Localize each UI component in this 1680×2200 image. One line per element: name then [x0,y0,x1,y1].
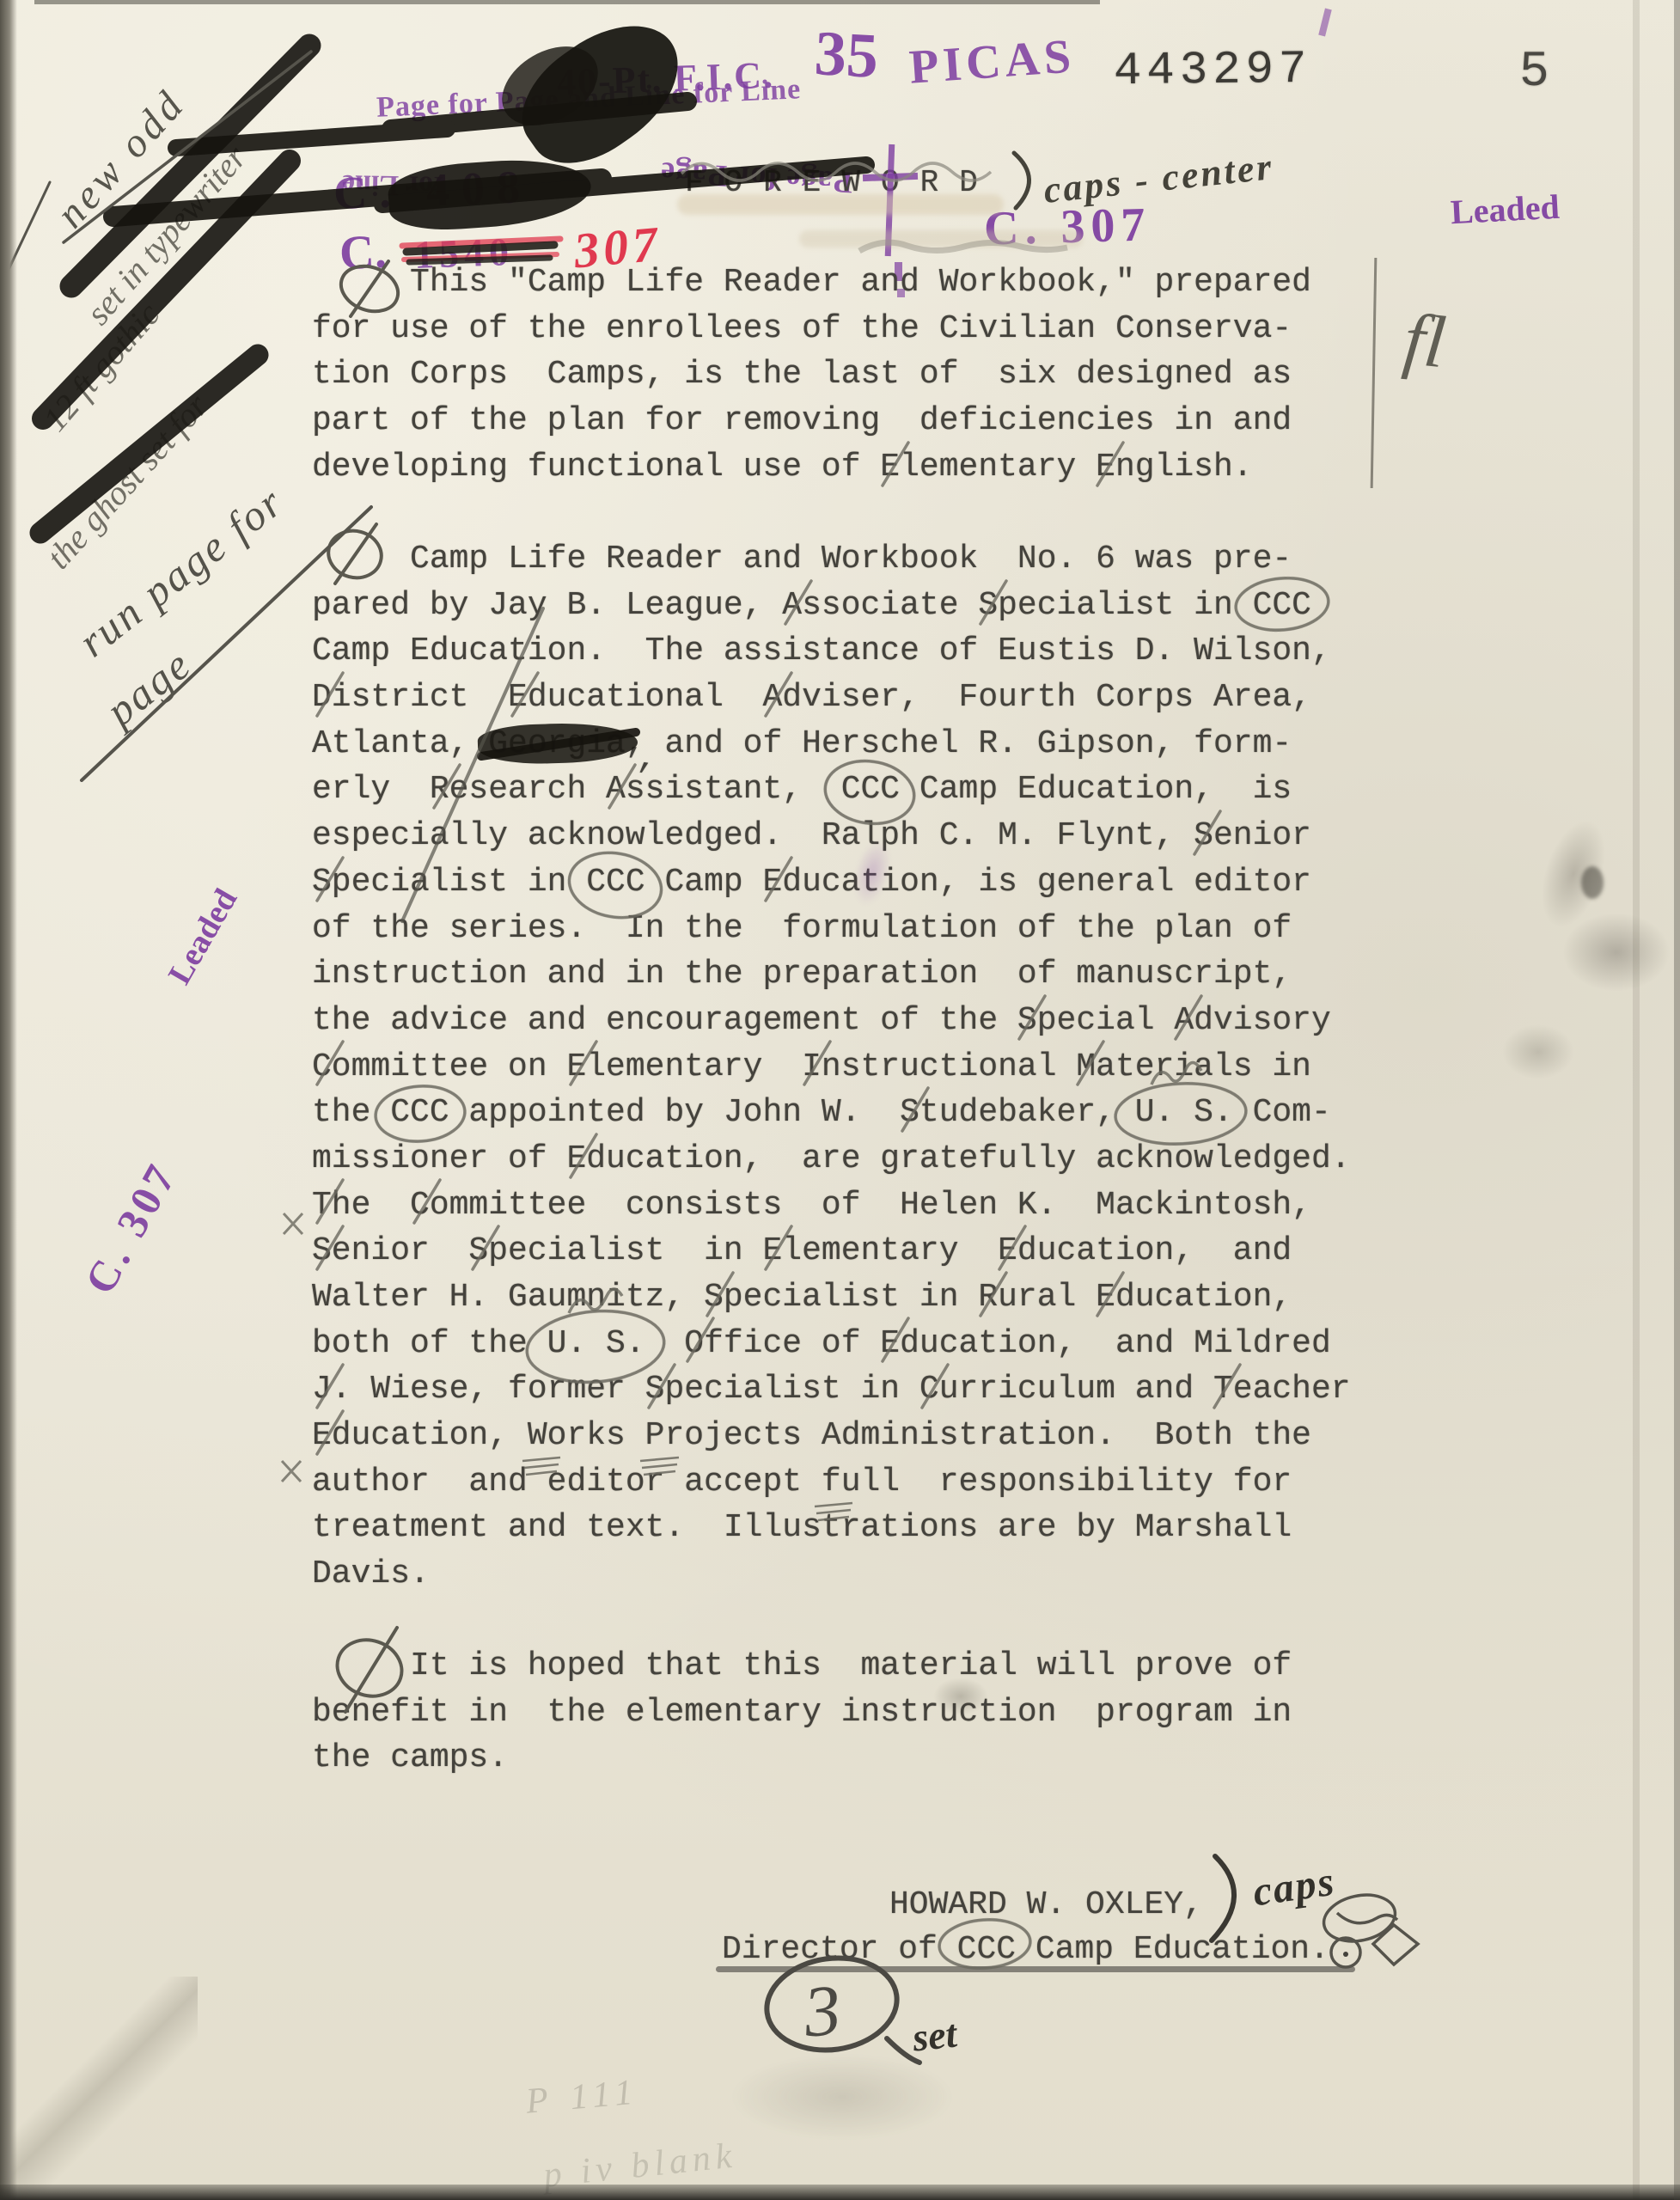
paragraph-mark-slash [351,261,388,316]
us-squiggle [1152,1062,1201,1085]
scan-edge-top [34,0,1100,4]
term-circles [374,574,1331,1971]
caps-squiggle-circle [1320,1889,1400,1947]
gray-wave [859,242,1067,251]
capital-slash [766,858,791,901]
scan-edge-right [1674,0,1680,2200]
heading-paren [1014,153,1029,208]
capital-slash [571,1042,596,1085]
capital-slash [766,1226,791,1269]
capital-slash [317,1042,343,1085]
capital-slash [1019,996,1045,1039]
tu [818,1517,849,1520]
margin-asterisks [282,1213,302,1482]
tu [526,1471,557,1475]
stamp-cross-strokes [113,101,866,756]
capital-slash [317,858,343,901]
crayon-strokes [40,46,309,533]
capital-slash [317,673,343,716]
capital-slash [902,1088,928,1131]
us-squiggle [569,1289,622,1313]
tu [816,1510,851,1513]
black-strike [409,258,550,262]
us-circle [1114,1080,1247,1147]
insert-diamond [1373,1925,1418,1965]
capital-slash [883,1318,908,1361]
period-dot [1343,1952,1348,1957]
capital-slash [981,581,1006,624]
capital-slash [317,1411,343,1454]
capital-slash [883,443,908,486]
capital-slash [1176,996,1201,1039]
long-diagonal-line [402,608,543,921]
capital-slash [804,1042,830,1085]
ccc-circle [1234,574,1331,633]
capital-slash-marks [317,443,1240,1454]
capital-slash [1078,1042,1103,1085]
ccc-circle [374,1083,467,1144]
ccc-circle [821,755,918,829]
tu [522,1457,560,1461]
capital-slash [649,1365,675,1408]
annotation-overlay [0,0,1680,2200]
scan-edge-bottom [0,2185,1680,2200]
triple-underline-marks [522,1457,852,1520]
capital-slash [571,1134,596,1177]
capital-slash [999,1226,1025,1269]
capital-slash [414,1180,440,1223]
ccc-circle [564,846,666,925]
tu [640,1457,679,1461]
capital-slash [512,673,538,716]
scan-edge-left [0,0,17,2200]
scanned-document-page: Page for Page and Line for Line 40-Pt. F… [0,0,1680,2200]
ccc-circle [938,1916,1032,1971]
paragraph-marks [323,259,409,1712]
paragraph-mark-circle [330,1632,409,1704]
capital-slash [473,1226,498,1269]
capital-slash [317,1226,343,1269]
tu [815,1503,852,1506]
caps-squiggle [1337,1913,1397,1923]
signature-caps-paren [1212,1856,1234,1940]
georgia-cross [481,732,636,756]
capital-slash [687,1318,713,1361]
tu [644,1471,675,1475]
run-page-underline [82,507,371,780]
capital-slash [922,1365,948,1408]
capital-slash [609,765,635,808]
capital-slash [766,673,791,716]
capital-slash [1214,1365,1240,1408]
capital-slash [981,1273,1006,1316]
capital-slash [317,1180,343,1223]
circled-3-outline [761,1950,902,2058]
capital-slash [1194,811,1220,854]
circled-3-tail [887,2038,919,2062]
us-circle [524,1305,668,1388]
capital-slash [785,581,811,624]
capital-slash [317,1365,343,1408]
tu [524,1464,559,1468]
capital-slash [1097,1273,1123,1316]
capital-slash [1097,443,1123,486]
tu [642,1464,677,1468]
capital-slash [707,1273,733,1316]
c1540-strike [402,239,560,262]
